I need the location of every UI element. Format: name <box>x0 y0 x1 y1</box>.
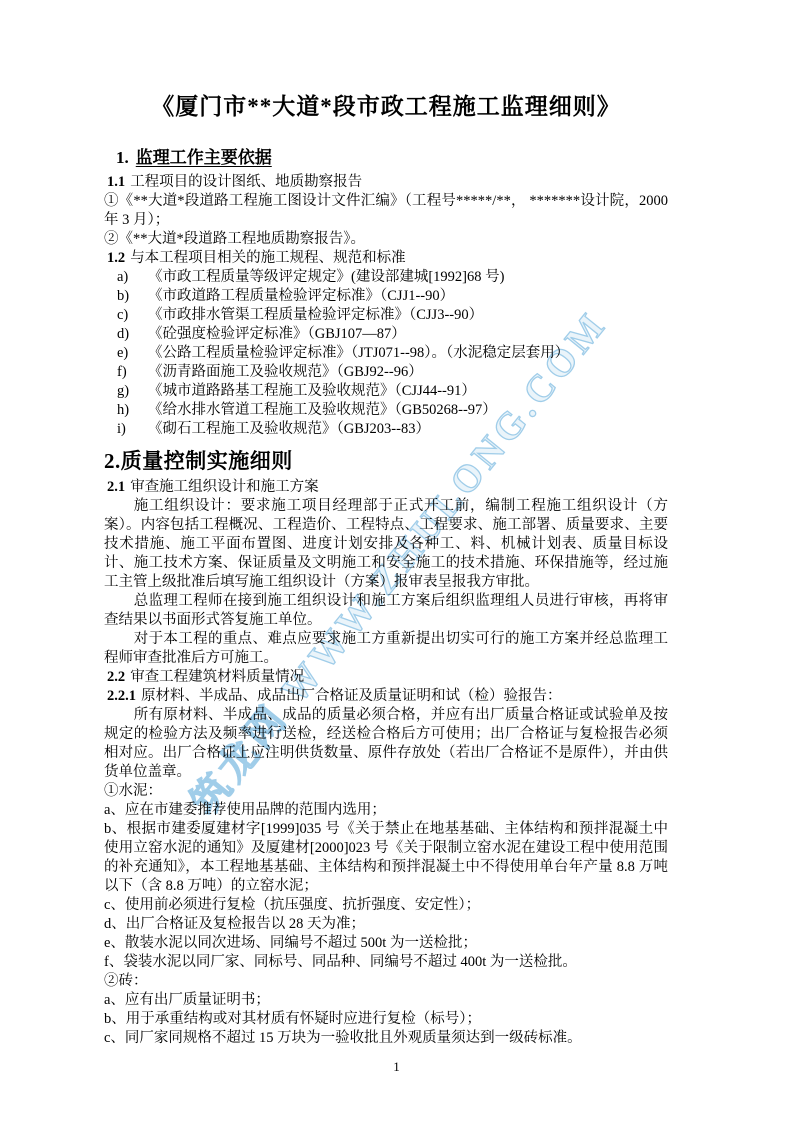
page-number: 1 <box>393 1059 400 1074</box>
paragraph: b、用于承重结构或对其材质有怀疑时应进行复检（标号）； <box>104 1010 668 1029</box>
list-item-marker: g) <box>104 382 148 401</box>
list-item: g)《城市道路路基工程施工及验收规范》（CJJ44--91） <box>104 382 668 401</box>
paragraph: a、应有出厂质量证明书； <box>104 991 668 1010</box>
list-item-text: 《砼强度检验评定标准》（GBJ107—87） <box>148 325 668 344</box>
page-footer: 1 <box>0 1058 793 1076</box>
document-content: 《厦门市**大道*段市政工程施工监理细则》 1.监理工作主要依据1.1工程项目的… <box>0 0 793 1048</box>
list-item-text: 《市政工程质量等级评定规定》(建设部建城[1992]68 号) <box>148 268 668 287</box>
subsection-title: 与本工程项目相关的施工规程、规范和标准 <box>130 250 406 266</box>
paragraph: e、散装水泥以同次进场、同编号不超过 500t 为一送检批； <box>104 934 668 953</box>
paragraph: f、袋装水泥以同厂家、同标号、同品种、同编号不超过 400t 为一送检批。 <box>104 953 668 972</box>
list-item-marker: c) <box>104 306 148 325</box>
list-item: d)《砼强度检验评定标准》（GBJ107—87） <box>104 325 668 344</box>
subsection-heading: 2.1审查施工组织设计和施工方案 <box>104 478 668 497</box>
paragraph: 对于本工程的重点、难点应要求施工方重新提出切实可行的施工方案并经总监理工程师审查… <box>104 630 668 668</box>
paragraph: ①《**大道*段道路工程施工图设计文件汇编》（工程号*****/**， ****… <box>104 192 668 230</box>
list-item-text: 《市政道路工程质量检验评定标准》（CJJ1--90） <box>148 287 668 306</box>
paragraph: d、出厂合格证及复检报告以 28 天为准； <box>104 915 668 934</box>
subsection-number: 2.2.1 <box>107 688 136 704</box>
list-item-marker: d) <box>104 325 148 344</box>
list-item-text: 《沥青路面施工及验收规范》（GBJ92--96） <box>148 363 668 382</box>
list-item-text: 《城市道路路基工程施工及验收规范》（CJJ44--91） <box>148 382 668 401</box>
list-item: i)《砌石工程施工及验收规范》（GBJ203--83） <box>104 420 668 439</box>
paragraph: ②砖： <box>104 972 668 991</box>
paragraph: 所有原材料、半成品、成品的质量必须合格，并应有出厂质量合格证或试验单及按规定的检… <box>104 706 668 782</box>
subsection-heading: 2.2审查工程建筑材料质量情况 <box>104 668 668 687</box>
list-item-marker: f) <box>104 363 148 382</box>
subsection-number: 2.1 <box>107 479 125 495</box>
subsection-title: 工程项目的设计图纸、地质勘察报告 <box>130 174 362 190</box>
subsection-number: 1.1 <box>107 174 125 190</box>
document-title: 《厦门市**大道*段市政工程施工监理细则》 <box>104 92 668 122</box>
paragraph: 总监理工程师在接到施工组织设计和施工方案后组织监理组人员进行审核，再将审查结果以… <box>104 592 668 630</box>
section-heading: 1.监理工作主要依据 <box>104 146 668 170</box>
document-body: 1.监理工作主要依据1.1工程项目的设计图纸、地质勘察报告①《**大道*段道路工… <box>104 146 668 1048</box>
list-item-marker: e) <box>104 344 148 363</box>
list-item: h)《给水排水管道工程施工及验收规范》（GB50268--97） <box>104 401 668 420</box>
list-item: b)《市政道路工程质量检验评定标准》（CJJ1--90） <box>104 287 668 306</box>
subsection-title: 审查施工组织设计和施工方案 <box>130 479 319 495</box>
list-item: a)《市政工程质量等级评定规定》(建设部建城[1992]68 号) <box>104 268 668 287</box>
paragraph: b、根据市建委厦建材字[1999]035 号《关于禁止在地基基础、主体结构和预拌… <box>104 820 668 896</box>
document-page: 筑龙网 WWW.ZHULONG.COM 《厦门市**大道*段市政工程施工监理细则… <box>0 0 793 1122</box>
list-item: e)《公路工程质量检验评定标准》（JTJ071--98）。（水泥稳定层套用） <box>104 344 668 363</box>
list-item: c)《市政排水管渠工程质量检验评定标准》（CJJ3--90） <box>104 306 668 325</box>
paragraph: c、同厂家同规格不超过 15 万块为一验收批且外观质量须达到一级砖标准。 <box>104 1029 668 1048</box>
list-item-text: 《砌石工程施工及验收规范》（GBJ203--83） <box>148 420 668 439</box>
list-item-text: 《给水排水管道工程施工及验收规范》（GB50268--97） <box>148 401 668 420</box>
subsection-number: 1.2 <box>107 250 125 266</box>
subsection-heading: 1.2与本工程项目相关的施工规程、规范和标准 <box>104 249 668 268</box>
paragraph: ①水泥： <box>104 782 668 801</box>
subsection-heading: 1.1工程项目的设计图纸、地质勘察报告 <box>104 173 668 192</box>
list-item-marker: h) <box>104 401 148 420</box>
paragraph: c、使用前必须进行复检（抗压强度、抗折强度、安定性）； <box>104 896 668 915</box>
paragraph: 施工组织设计：要求施工项目经理部于正式开工前，编制工程施工组织设计（方案）。内容… <box>104 497 668 592</box>
subsection-heading: 2.2.1原材料、半成品、成品出厂合格证及质量证明和试（检）验报告： <box>104 687 668 706</box>
subsection-title: 审查工程建筑材料质量情况 <box>130 669 304 685</box>
list-item-marker: b) <box>104 287 148 306</box>
list-item-marker: a) <box>104 268 148 287</box>
subsection-number: 2.2 <box>107 669 125 685</box>
list-item-text: 《公路工程质量检验评定标准》（JTJ071--98）。（水泥稳定层套用） <box>148 344 668 363</box>
list-item-text: 《市政排水管渠工程质量检验评定标准》（CJJ3--90） <box>148 306 668 325</box>
section-heading-number: 1. <box>116 148 129 167</box>
subsection-title: 原材料、半成品、成品出厂合格证及质量证明和试（检）验报告： <box>141 688 562 704</box>
list-item: f)《沥青路面施工及验收规范》（GBJ92--96） <box>104 363 668 382</box>
list-item-marker: i) <box>104 420 148 439</box>
section-heading: 2.质量控制实施细则 <box>104 447 668 475</box>
paragraph: ②《**大道*段道路工程地质勘察报告》。 <box>104 230 668 249</box>
section-heading-text: 监理工作主要依据 <box>136 148 272 167</box>
paragraph: a、应在市建委推荐使用品牌的范围内选用； <box>104 801 668 820</box>
